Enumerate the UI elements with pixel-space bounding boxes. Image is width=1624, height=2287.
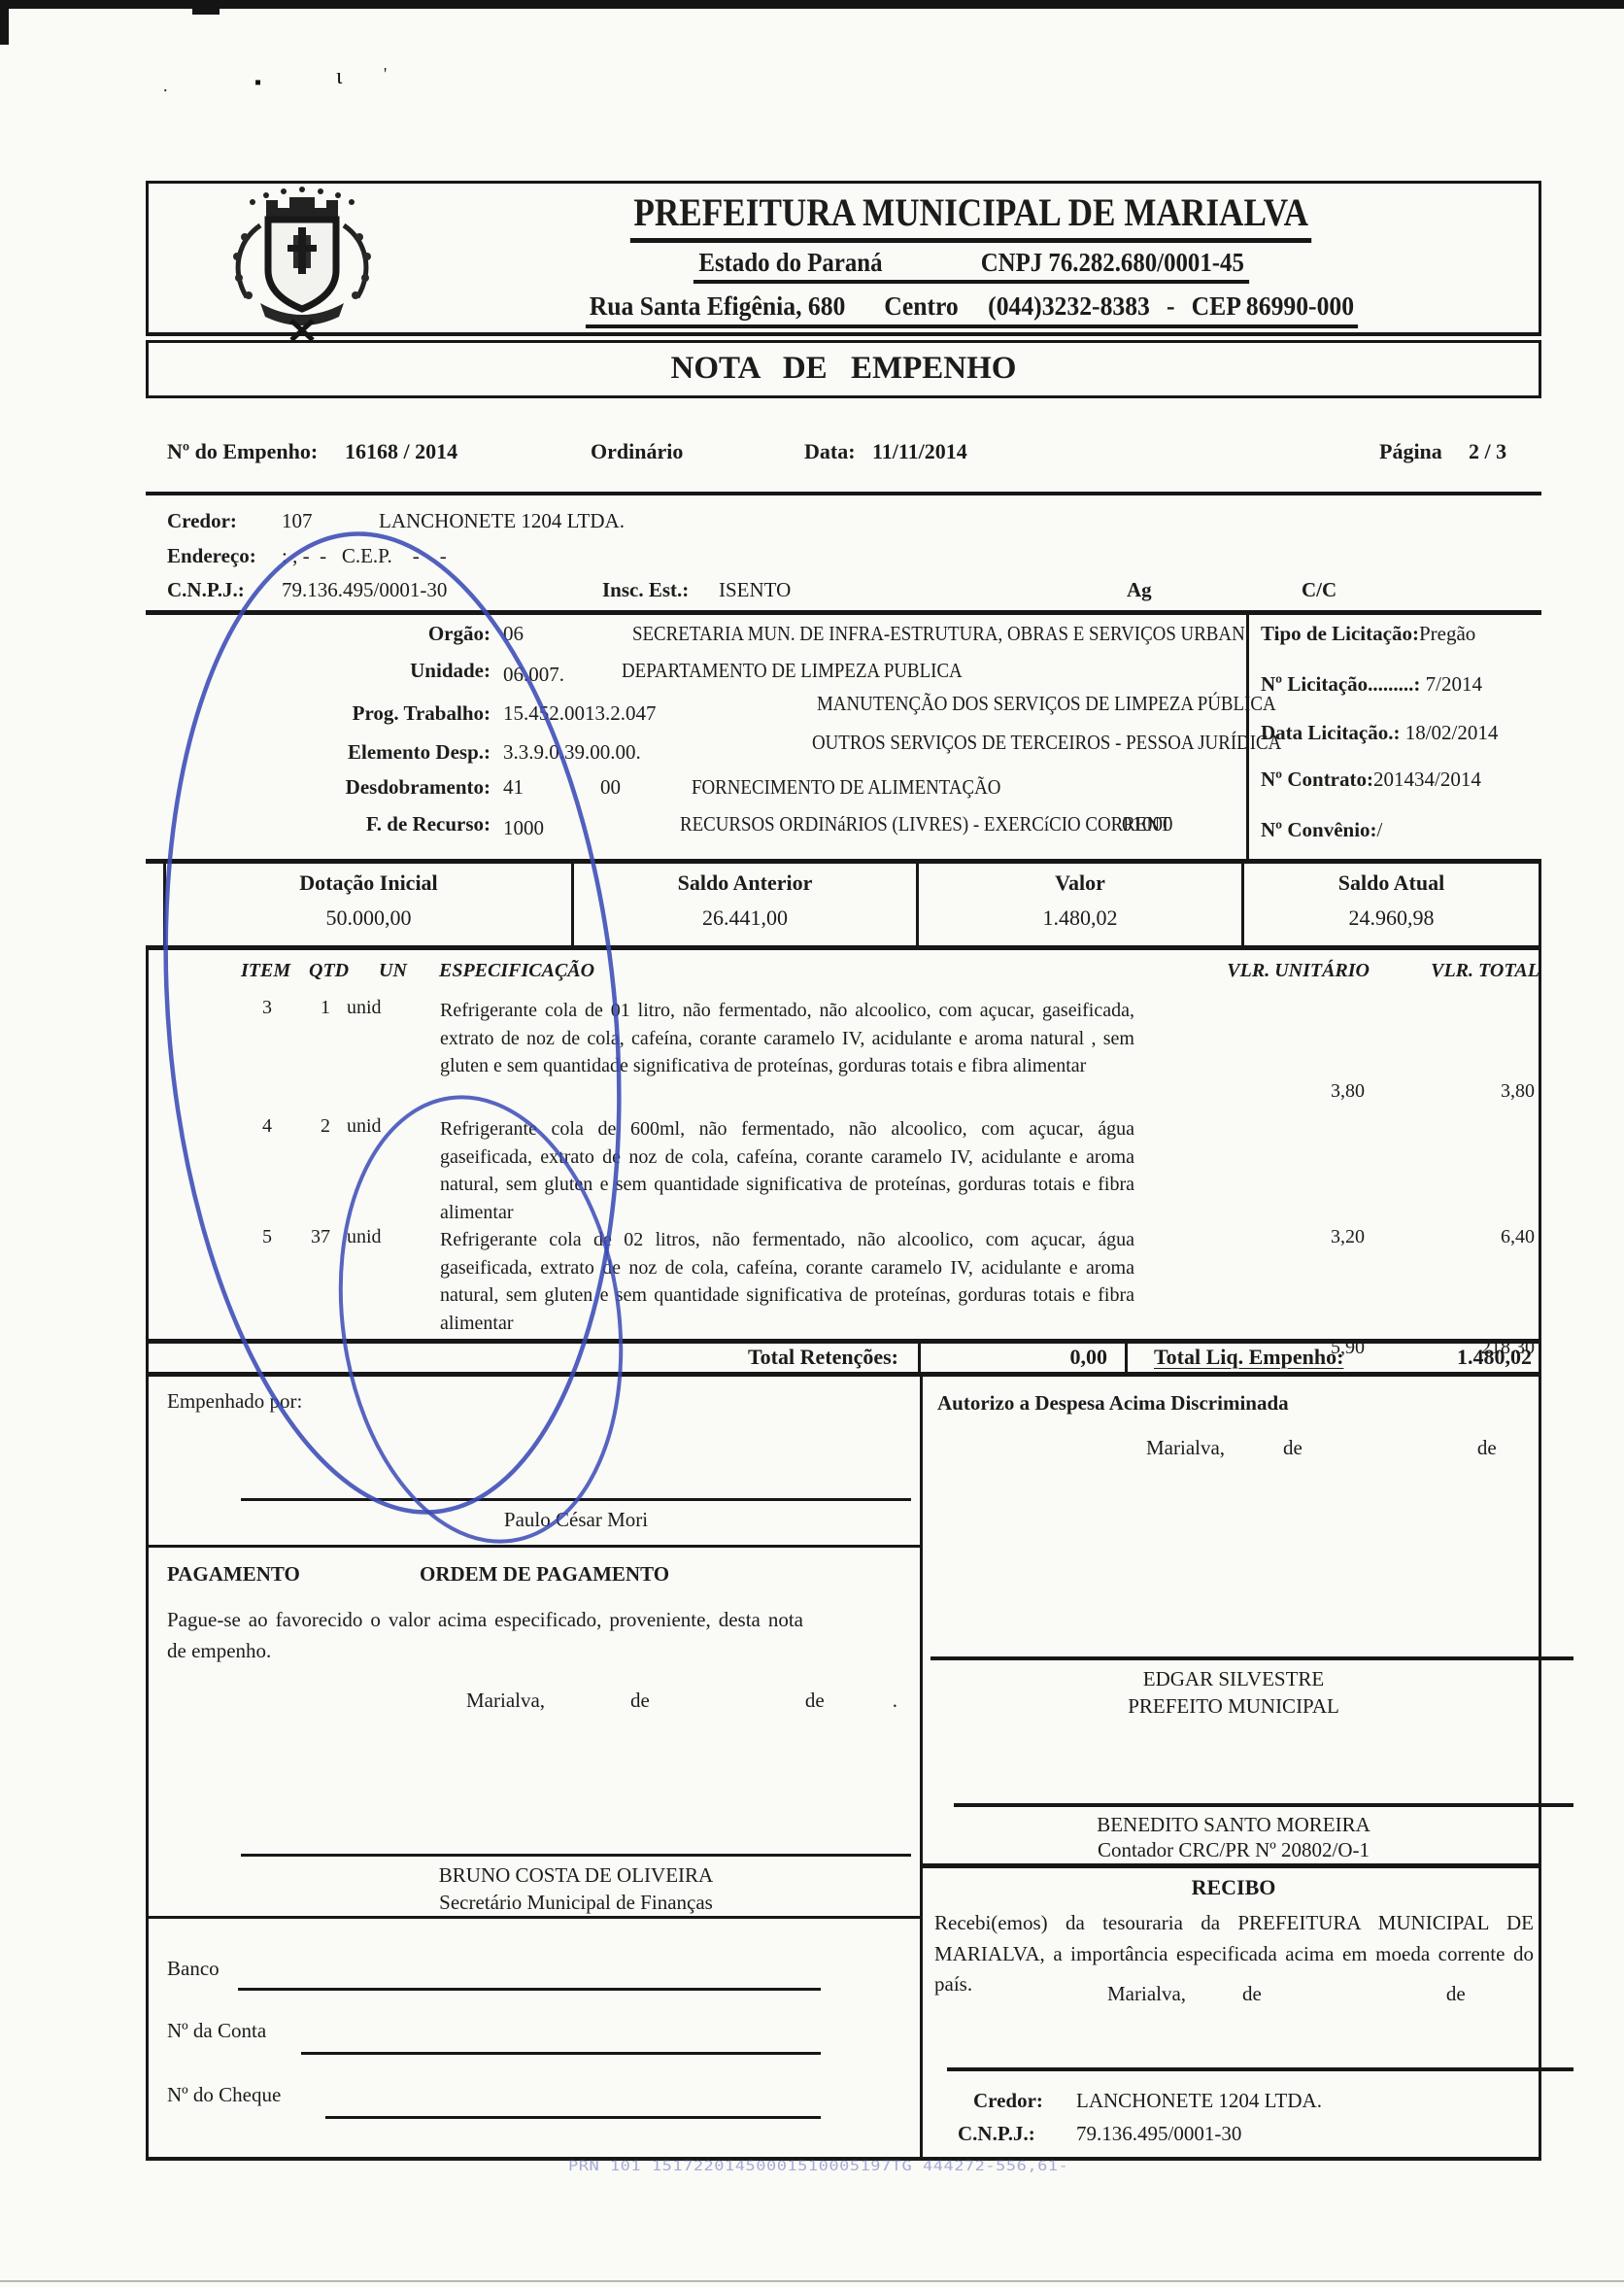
conta-blank-line (301, 2052, 821, 2055)
rule (149, 1545, 920, 1548)
f-recurso-extra: 01000 (1122, 812, 1173, 836)
tipo-licitacao-label: Tipo de Licitação: (1261, 622, 1419, 645)
item-un: unid (347, 997, 382, 1019)
ordem-pagamento-heading: ORDEM DE PAGAMENTO (420, 1562, 669, 1586)
grid-border-left (146, 1377, 149, 2161)
prog-trabalho-desc: MANUTENÇÃO DOS SERVIÇOS DE LIMPEZA PÚBLI… (817, 692, 1276, 715)
cnpj-label: C.N.P.J.: (167, 578, 245, 601)
unidade-desc: DEPARTAMENTO DE LIMPEZA PUBLICA (622, 659, 963, 682)
recibo-heading: RECIBO (962, 1875, 1506, 1899)
scan-edge-left (0, 0, 9, 45)
item-number: 3 (214, 997, 272, 1019)
recibo-credor-label: Credor: (973, 2089, 1043, 2112)
item-description: Refrigerante cola de 01 litro, não ferme… (440, 997, 1134, 1080)
unidade-label: Unidade: (155, 659, 491, 682)
pagamento-heading: PAGAMENTO (167, 1562, 300, 1586)
header-cnpj: CNPJ 76.282.680/0001-45 (981, 248, 1244, 277)
item-description: Refrigerante cola de 600ml, não fermenta… (440, 1115, 1134, 1226)
endereco-label: Endereço: (167, 544, 256, 567)
desdobramento-desc: FORNECIMENTO DE ALIMENTAÇÃO (692, 775, 1000, 799)
date-line-autorizo: Marialva,dede (1146, 1436, 1497, 1459)
total-liq-value: 1.480,02 (1345, 1345, 1532, 1369)
item-un: unid (347, 1115, 382, 1138)
scanned-nota-de-empenho: . ▪ ι ' (0, 0, 1624, 2287)
items-header-item: ITEM (241, 960, 290, 982)
elemento-desp-desc: OUTROS SERVIÇOS DE TERCEIROS - PESSOA JU… (812, 731, 1281, 754)
signature-line (241, 1854, 911, 1857)
page-number-value: 2 / 3 (1469, 439, 1506, 463)
city-label: Marialva, (466, 1689, 545, 1712)
dotacao-value: 26.441,00 (574, 905, 916, 930)
scan-edge-bottom (0, 2280, 1624, 2282)
items-header-qtd: QTD (309, 960, 349, 982)
elemento-desp-code: 3.3.9.0.39.00.00. (503, 740, 641, 764)
doc-title: NOTA DE EMPENHO (671, 351, 1017, 387)
empenho-type: Ordinário (591, 439, 683, 463)
rule (146, 1339, 1541, 1344)
page-title: PREFEITURA MUNICIPAL DE MARIALVA (630, 190, 1312, 243)
prog-trabalho-label: Prog. Trabalho: (155, 701, 491, 725)
prefeito-title: PREFEITO MUNICIPAL (962, 1694, 1506, 1718)
total-liq-label: Total Liq. Empenho: (1154, 1345, 1343, 1369)
f-recurso-desc: RECURSOS ORDINáRIOS (LIVRES) - EXERCíCIO… (680, 812, 1171, 836)
dotacao-header: Saldo Anterior (574, 870, 916, 895)
contrato-value: 201434/2014 (1373, 768, 1481, 791)
prog-trabalho-code: 15.452.0013.2.047 (503, 701, 657, 725)
num-licitacao-value: 7/2014 (1426, 672, 1482, 696)
rule (146, 610, 1541, 615)
signature-line (947, 2067, 1573, 2071)
contador-name: BENEDITO SANTO MOREIRA (962, 1813, 1506, 1836)
header-title-wrap: PREFEITURA MUNICIPAL DE MARIALVA (418, 190, 1525, 243)
signature-line (930, 1656, 1573, 1660)
desdobramento-label: Desdobramento: (155, 775, 491, 799)
insc-est-label: Insc. Est.: (602, 578, 689, 601)
grid-divider-center (920, 1377, 923, 2161)
endereco-value: : , - - C.E.P. - - (282, 544, 447, 567)
conta-label: Nº da Conta (167, 2019, 266, 2042)
ink-speck: ▪ (254, 72, 261, 94)
dotacao-value: 1.480,02 (919, 905, 1241, 930)
items-header-un: UN (379, 960, 407, 982)
recibo-cnpj-label: C.N.P.J.: (958, 2122, 1035, 2145)
dotacao-value: 24.960,98 (1244, 905, 1539, 930)
cc-label: C/C (1302, 578, 1336, 601)
elemento-desp-label: Elemento Desp.: (155, 740, 491, 764)
convenio-value: / (1377, 818, 1383, 841)
dot-matrix-print: PRN 101 15172201450001510005197TG 444272… (568, 2158, 1068, 2174)
rule (146, 859, 1541, 864)
secretario-name: BRUNO COSTA DE OLIVEIRA (241, 1863, 911, 1887)
signature-name: Paulo César Mori (241, 1508, 911, 1531)
grid-border-right (1539, 1377, 1541, 2161)
recibo-cnpj-value: 79.136.495/0001-30 (1076, 2122, 1241, 2145)
header-phone: (044)3232-8383 (988, 291, 1150, 321)
header-address: Rua Santa Efigênia, 680 (589, 291, 845, 321)
desdobramento-code: 41 (503, 775, 524, 799)
header-sep: - (1167, 291, 1175, 321)
dotacao-header: Saldo Atual (1244, 870, 1539, 895)
doc-title-box: NOTA DE EMPENHO (146, 340, 1541, 398)
de-label: de (630, 1689, 650, 1712)
empenho-number-label: Nº do Empenho: (167, 439, 318, 463)
dotacao-header: Valor (919, 870, 1241, 895)
item-total-price: 3,80 (1379, 1080, 1535, 1103)
item-row: 3 1 unid Refrigerante cola de 01 litro, … (146, 997, 1541, 1080)
signature-line (954, 1803, 1573, 1807)
rule (146, 945, 1541, 950)
item-qtd: 37 (272, 1226, 330, 1248)
pague-se-text: Pague-se ao favorecido o valor acima esp… (167, 1605, 803, 1666)
item-number: 4 (214, 1115, 272, 1138)
de-label: de (1283, 1436, 1303, 1459)
item-row: 4 2 unid Refrigerante cola de 600ml, não… (146, 1115, 1541, 1226)
total-retencoes-label: Total Retenções: (149, 1345, 898, 1369)
insc-est-value: ISENTO (719, 578, 791, 601)
rule (146, 492, 1541, 495)
unidade-code: 06.007. (503, 663, 564, 686)
dotacao-border (1539, 864, 1541, 946)
items-header-unit: VLR. UNITÁRIO (1166, 960, 1370, 982)
empenho-date-value: 11/11/2014 (872, 439, 967, 463)
dotacao-value: 50.000,00 (166, 905, 571, 930)
item-row: 5 37 unid Refrigerante cola de 02 litros… (146, 1226, 1541, 1337)
de-label: de (1446, 1982, 1466, 2005)
contador-title: Contador CRC/PR Nº 20802/O-1 (962, 1838, 1506, 1861)
ink-speck: ι (336, 64, 342, 91)
page-number-label: Página (1379, 439, 1442, 463)
f-recurso-code: 1000 (503, 816, 544, 839)
empenhado-por-label: Empenhado por: (167, 1389, 302, 1413)
date-line-pagamento: Marialva,dede. (466, 1689, 897, 1712)
header-line3: Rua Santa Efigênia, 680Centro(044)3232-8… (321, 291, 1622, 328)
item-number: 5 (214, 1226, 272, 1248)
item-unit-price: 3,80 (1209, 1080, 1365, 1103)
signature-line (241, 1498, 911, 1501)
cnpj-value: 79.136.495/0001-30 (282, 578, 447, 601)
item-qtd: 2 (272, 1115, 330, 1138)
items-header-esp: ESPECIFICAÇÃO (439, 960, 594, 982)
tipo-licitacao-value: Pregão (1419, 622, 1475, 645)
contrato-label: Nº Contrato: (1261, 768, 1373, 791)
rule (146, 1372, 1541, 1377)
data-licitacao-label: Data Licitação.: (1261, 721, 1400, 744)
orgao-code: 06 (503, 622, 524, 645)
f-recurso-label: F. de Recurso: (155, 812, 491, 836)
orgao-desc: SECRETARIA MUN. DE INFRA-ESTRUTURA, OBRA… (632, 622, 1245, 645)
recibo-credor-value: LANCHONETE 1204 LTDA. (1076, 2089, 1322, 2112)
dot: . (893, 1689, 897, 1712)
desdobramento-code2: 00 (600, 775, 621, 799)
credor-name: LANCHONETE 1204 LTDA. (379, 509, 625, 532)
items-header-total: VLR. TOTAL (1379, 960, 1539, 982)
de-label: de (1242, 1982, 1262, 2005)
header-state: Estado do Paraná (698, 248, 882, 277)
secretario-title: Secretário Municipal de Finanças (241, 1891, 911, 1914)
orgao-label: Orgão: (155, 622, 491, 645)
de-label: de (1477, 1436, 1497, 1459)
credor-code: 107 (282, 509, 313, 532)
credor-label: Credor: (167, 509, 237, 532)
cheque-blank-line (325, 2116, 821, 2119)
de-label: de (805, 1689, 825, 1712)
ag-label: Ag (1127, 578, 1152, 601)
autorizo-heading: Autorizo a Despesa Acima Discriminada (937, 1391, 1289, 1415)
banco-label: Banco (167, 1957, 220, 1980)
ink-speck: ' (384, 64, 387, 85)
item-description: Refrigerante cola de 02 litros, não ferm… (440, 1226, 1134, 1337)
city-label: Marialva, (1107, 1982, 1186, 2005)
item-un: unid (347, 1226, 382, 1248)
prefeito-name: EDGAR SILVESTRE (962, 1667, 1506, 1690)
date-line-recibo: Marialva,dede (1107, 1982, 1466, 2005)
header-district: Centro (884, 291, 958, 321)
banco-blank-line (238, 1988, 821, 1991)
scan-edge-top (0, 0, 1624, 9)
totals-divider (1125, 1339, 1128, 1377)
header-line2: Estado do ParanáCNPJ 76.282.680/0001-45 (418, 248, 1525, 284)
dotacao-header: Dotação Inicial (166, 870, 571, 895)
cheque-label: Nº do Cheque (167, 2083, 281, 2106)
empenho-number-value: 16168 / 2014 (345, 439, 457, 463)
num-licitacao-label: Nº Licitação.........: (1261, 672, 1420, 696)
header-cep: CEP 86990-000 (1191, 291, 1353, 321)
city-label: Marialva, (1146, 1436, 1225, 1459)
convenio-label: Nº Convênio: (1261, 818, 1377, 841)
ink-speck: . (163, 76, 168, 96)
totals-border (1539, 1339, 1541, 1377)
scan-edge-bump (192, 0, 220, 15)
rule (923, 1863, 1541, 1868)
rule (149, 1916, 920, 1919)
empenho-date-label: Data: (804, 439, 856, 463)
total-retencoes-value: 0,00 (921, 1345, 1107, 1369)
item-qtd: 1 (272, 997, 330, 1019)
data-licitacao-value: 18/02/2014 (1405, 721, 1499, 744)
